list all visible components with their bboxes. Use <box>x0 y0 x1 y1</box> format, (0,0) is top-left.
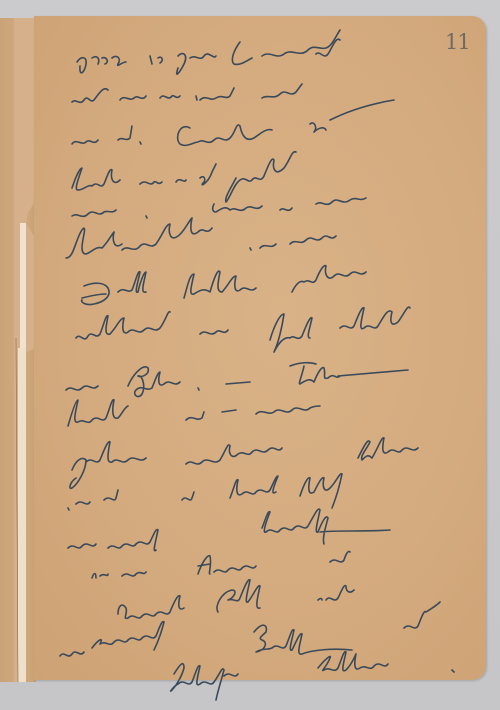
handwriting-strokes <box>0 0 500 710</box>
